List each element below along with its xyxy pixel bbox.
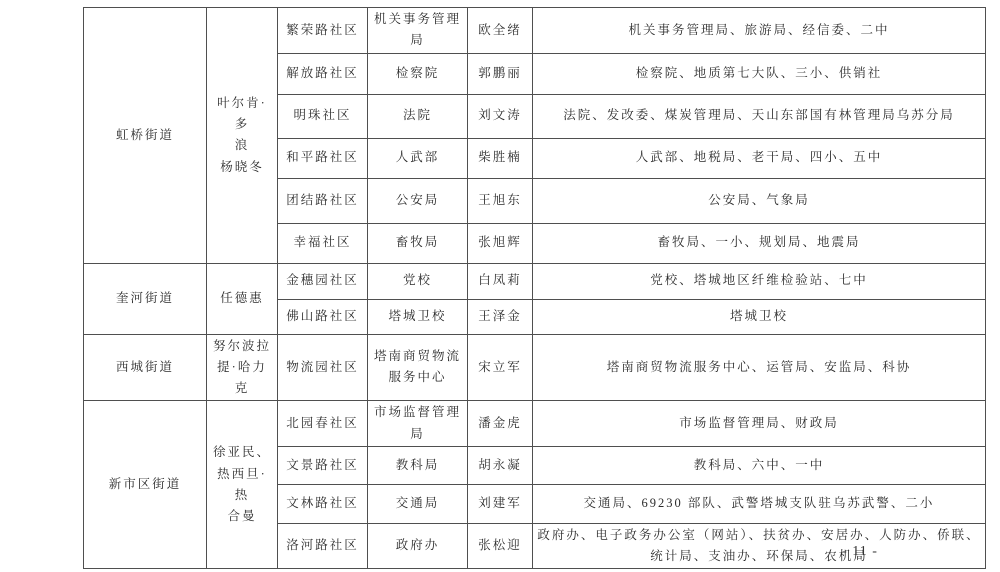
leader-cell: 任德惠: [207, 263, 278, 334]
org-cell: 政府办: [368, 523, 468, 569]
units-cell: 交通局、69230 部队、武警塔城支队驻乌苏武警、二小: [533, 484, 986, 523]
units-cell: 检察院、地质第七大队、三小、供销社: [533, 53, 986, 94]
community-cell: 洛河路社区: [278, 523, 368, 569]
community-cell: 佛山路社区: [278, 299, 368, 334]
units-cell: 机关事务管理局、旅游局、经信委、二中: [533, 8, 986, 54]
org-cell: 畜牧局: [368, 223, 468, 263]
contact-cell: 胡永凝: [468, 446, 533, 484]
community-cell: 和平路社区: [278, 138, 368, 178]
org-cell: 教科局: [368, 446, 468, 484]
contact-cell: 潘金虎: [468, 401, 533, 447]
document-page: 虹桥街道 叶尔肯·多 浪 杨晓冬 繁荣路社区 机关事务管理局 欧全绪 机关事务管…: [0, 0, 1000, 572]
units-cell: 畜牧局、一小、规划局、地震局: [533, 223, 986, 263]
org-cell: 塔城卫校: [368, 299, 468, 334]
contact-cell: 刘文涛: [468, 94, 533, 138]
contact-cell: 柴胜楠: [468, 138, 533, 178]
org-cell: 党校: [368, 263, 468, 299]
community-cell: 北园春社区: [278, 401, 368, 447]
street-cell: 虹桥街道: [84, 8, 207, 264]
contact-cell: 白凤莉: [468, 263, 533, 299]
community-cell: 金穗园社区: [278, 263, 368, 299]
org-cell: 检察院: [368, 53, 468, 94]
page-number: - 11 -: [820, 544, 900, 560]
org-cell: 交通局: [368, 484, 468, 523]
contact-cell: 宋立军: [468, 334, 533, 401]
org-cell: 人武部: [368, 138, 468, 178]
units-cell: 公安局、气象局: [533, 178, 986, 223]
contact-cell: 张旭辉: [468, 223, 533, 263]
units-cell: 人武部、地税局、老干局、四小、五中: [533, 138, 986, 178]
community-cell: 繁荣路社区: [278, 8, 368, 54]
org-cell: 市场监督管理局: [368, 401, 468, 447]
community-cell: 文景路社区: [278, 446, 368, 484]
units-cell: 塔南商贸物流服务中心、运管局、安监局、科协: [533, 334, 986, 401]
table-row: 虹桥街道 叶尔肯·多 浪 杨晓冬 繁荣路社区 机关事务管理局 欧全绪 机关事务管…: [84, 8, 986, 54]
leader-cell: 努尔波拉 提·哈力克: [207, 334, 278, 401]
street-cell: 西城街道: [84, 334, 207, 401]
leader-cell: 徐亚民、 热西旦·热 合曼: [207, 401, 278, 569]
units-cell: 市场监督管理局、财政局: [533, 401, 986, 447]
units-cell: 教科局、六中、一中: [533, 446, 986, 484]
community-assignment-table: 虹桥街道 叶尔肯·多 浪 杨晓冬 繁荣路社区 机关事务管理局 欧全绪 机关事务管…: [83, 7, 986, 569]
contact-cell: 张松迎: [468, 523, 533, 569]
contact-cell: 刘建军: [468, 484, 533, 523]
community-cell: 物流园社区: [278, 334, 368, 401]
community-cell: 文林路社区: [278, 484, 368, 523]
units-cell: 塔城卫校: [533, 299, 986, 334]
contact-cell: 郭鹏丽: [468, 53, 533, 94]
org-cell: 塔南商贸物流服务中心: [368, 334, 468, 401]
contact-cell: 王旭东: [468, 178, 533, 223]
leader-cell: 叶尔肯·多 浪 杨晓冬: [207, 8, 278, 264]
community-cell: 解放路社区: [278, 53, 368, 94]
units-cell: 党校、塔城地区纤维检验站、七中: [533, 263, 986, 299]
units-cell: 法院、发改委、煤炭管理局、天山东部国有林管理局乌苏分局: [533, 94, 986, 138]
community-cell: 明珠社区: [278, 94, 368, 138]
community-cell: 幸福社区: [278, 223, 368, 263]
table-row: 新市区街道 徐亚民、 热西旦·热 合曼 北园春社区 市场监督管理局 潘金虎 市场…: [84, 401, 986, 447]
contact-cell: 欧全绪: [468, 8, 533, 54]
table-row: 奎河街道 任德惠 金穗园社区 党校 白凤莉 党校、塔城地区纤维检验站、七中: [84, 263, 986, 299]
units-cell: 政府办、电子政务办公室（网站）、扶贫办、安居办、人防办、侨联、统计局、支油办、环…: [533, 523, 986, 569]
org-cell: 机关事务管理局: [368, 8, 468, 54]
table-row: 西城街道 努尔波拉 提·哈力克 物流园社区 塔南商贸物流服务中心 宋立军 塔南商…: [84, 334, 986, 401]
street-cell: 奎河街道: [84, 263, 207, 334]
community-cell: 团结路社区: [278, 178, 368, 223]
contact-cell: 王泽金: [468, 299, 533, 334]
org-cell: 法院: [368, 94, 468, 138]
org-cell: 公安局: [368, 178, 468, 223]
street-cell: 新市区街道: [84, 401, 207, 569]
